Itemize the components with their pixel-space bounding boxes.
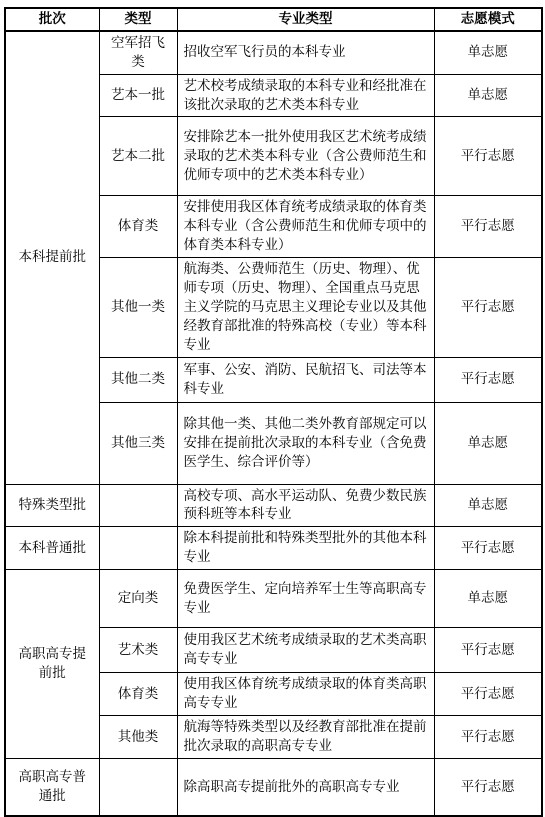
type-cell: 空军招飞类 bbox=[99, 31, 177, 74]
type-cell bbox=[99, 484, 177, 527]
batch-cell: 本科普通批 bbox=[5, 527, 99, 570]
batch-cell: 本科提前批 bbox=[5, 31, 99, 484]
type-cell: 其他类 bbox=[99, 716, 177, 759]
major-cell: 使用我区艺术统考成绩录取的艺术类高职高专专业 bbox=[177, 628, 434, 673]
type-cell: 艺术类 bbox=[99, 628, 177, 673]
major-cell: 使用我区体育统考成绩录取的体育类高职高专专业 bbox=[177, 673, 434, 716]
mode-cell: 单志愿 bbox=[434, 74, 542, 117]
type-cell: 体育类 bbox=[99, 673, 177, 716]
mode-cell: 平行志愿 bbox=[434, 673, 542, 716]
col-header-mode: 志愿模式 bbox=[434, 8, 542, 31]
type-cell: 艺本一批 bbox=[99, 74, 177, 117]
type-cell: 其他二类 bbox=[99, 357, 177, 402]
batch-cell: 特殊类型批 bbox=[5, 484, 99, 527]
major-cell: 航海等特殊类型以及经教育部批准在提前批次录取的高职高专专业 bbox=[177, 716, 434, 759]
batch-cell: 高职高专提前批 bbox=[5, 570, 99, 759]
admission-batch-table: 批次 类型 专业类型 志愿模式 本科提前批 空军招飞类 招收空军飞行员的本科专业… bbox=[4, 7, 543, 817]
table-row: 本科提前批 空军招飞类 招收空军飞行员的本科专业 单志愿 bbox=[5, 31, 542, 74]
table-row: 本科普通批 除本科提前批和特殊类型批外的其他本科专业 平行志愿 bbox=[5, 527, 542, 570]
mode-cell: 单志愿 bbox=[434, 570, 542, 628]
mode-cell: 单志愿 bbox=[434, 402, 542, 484]
type-cell: 定向类 bbox=[99, 570, 177, 628]
major-cell: 军事、公安、消防、民航招飞、司法等本科专业 bbox=[177, 357, 434, 402]
type-cell bbox=[99, 527, 177, 570]
type-cell: 艺本二批 bbox=[99, 117, 177, 196]
mode-cell: 平行志愿 bbox=[434, 258, 542, 357]
major-cell: 高校专项、高水平运动队、免费少数民族预科班等本科专业 bbox=[177, 484, 434, 527]
type-cell bbox=[99, 758, 177, 816]
table-row: 特殊类型批 高校专项、高水平运动队、免费少数民族预科班等本科专业 单志愿 bbox=[5, 484, 542, 527]
mode-cell: 平行志愿 bbox=[434, 716, 542, 759]
col-header-type: 类型 bbox=[99, 8, 177, 31]
col-header-batch: 批次 bbox=[5, 8, 99, 31]
table-header-row: 批次 类型 专业类型 志愿模式 bbox=[5, 8, 542, 31]
major-cell: 除高职高专提前批外的高职高专专业 bbox=[177, 758, 434, 816]
major-cell: 安排使用我区体育统考成绩录取的体育类本科专业（含公费师范生和优师专项中的体育类本… bbox=[177, 196, 434, 258]
mode-cell: 平行志愿 bbox=[434, 527, 542, 570]
col-header-major: 专业类型 bbox=[177, 8, 434, 31]
document-page: 批次 类型 专业类型 志愿模式 本科提前批 空军招飞类 招收空军飞行员的本科专业… bbox=[0, 0, 545, 793]
major-cell: 艺术校考成绩录取的本科专业和经批准在该批次录取的艺术类本科专业 bbox=[177, 74, 434, 117]
major-cell: 除本科提前批和特殊类型批外的其他本科专业 bbox=[177, 527, 434, 570]
mode-cell: 单志愿 bbox=[434, 31, 542, 74]
major-cell: 免费医学生、定向培养军士生等高职高专专业 bbox=[177, 570, 434, 628]
table-row: 高职高专普通批 除高职高专提前批外的高职高专专业 平行志愿 bbox=[5, 758, 542, 816]
major-cell: 安排除艺本一批外使用我区艺术统考成绩录取的艺术类本科专业（含公费师范生和优师专项… bbox=[177, 117, 434, 196]
type-cell: 体育类 bbox=[99, 196, 177, 258]
mode-cell: 平行志愿 bbox=[434, 357, 542, 402]
mode-cell: 平行志愿 bbox=[434, 196, 542, 258]
major-cell: 航海类、公费师范生（历史、物理）、优师专项（历史、物理）、全国重点马克思主义学院… bbox=[177, 258, 434, 357]
mode-cell: 单志愿 bbox=[434, 484, 542, 527]
major-cell: 招收空军飞行员的本科专业 bbox=[177, 31, 434, 74]
major-cell: 除其他一类、其他二类外教育部规定可以安排在提前批次录取的本科专业（含免费医学生、… bbox=[177, 402, 434, 484]
type-cell: 其他三类 bbox=[99, 402, 177, 484]
mode-cell: 平行志愿 bbox=[434, 628, 542, 673]
mode-cell: 平行志愿 bbox=[434, 758, 542, 816]
mode-cell: 平行志愿 bbox=[434, 117, 542, 196]
type-cell: 其他一类 bbox=[99, 258, 177, 357]
batch-cell: 高职高专普通批 bbox=[5, 758, 99, 816]
table-row: 高职高专提前批 定向类 免费医学生、定向培养军士生等高职高专专业 单志愿 bbox=[5, 570, 542, 628]
